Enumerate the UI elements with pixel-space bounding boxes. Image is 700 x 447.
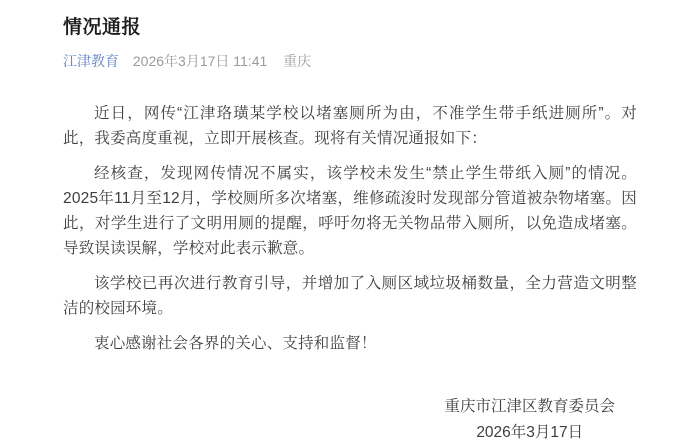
publish-datetime: 2026年3月17日 11:41 — [133, 53, 267, 69]
notice-article-page: 情况通报 江津教育 2026年3月17日 11:41 重庆 近日，网传“江津珞璜… — [0, 0, 700, 447]
paragraph-intro: 近日，网传“江津珞璜某学校以堵塞厕所为由，不准学生带手纸进厕所”。对此，我委高度… — [63, 101, 637, 151]
article-body: 近日，网传“江津珞璜某学校以堵塞厕所为由，不准学生带手纸进厕所”。对此，我委高度… — [63, 101, 637, 356]
paragraph-measures: 该学校已再次进行教育引导，并增加了入厕区域垃圾桶数量，全力营造文明整洁的校园环境… — [63, 271, 637, 321]
source-account-link[interactable]: 江津教育 — [63, 53, 119, 69]
signature-organization: 重庆市江津区教育委员会 — [444, 394, 615, 419]
signature-date: 2026年3月17日 — [444, 420, 615, 445]
article-title: 情况通报 — [63, 16, 637, 40]
publish-location: 重庆 — [283, 53, 311, 69]
article-meta: 江津教育 2026年3月17日 11:41 重庆 — [63, 51, 637, 71]
paragraph-findings: 经核查，发现网传情况不属实，该学校未发生“禁止学生带纸入厕”的情况。2025年1… — [63, 161, 637, 261]
signature-block: 重庆市江津区教育委员会 2026年3月17日 — [444, 394, 615, 445]
paragraph-thanks: 衷心感谢社会各界的关心、支持和监督！ — [63, 331, 637, 356]
